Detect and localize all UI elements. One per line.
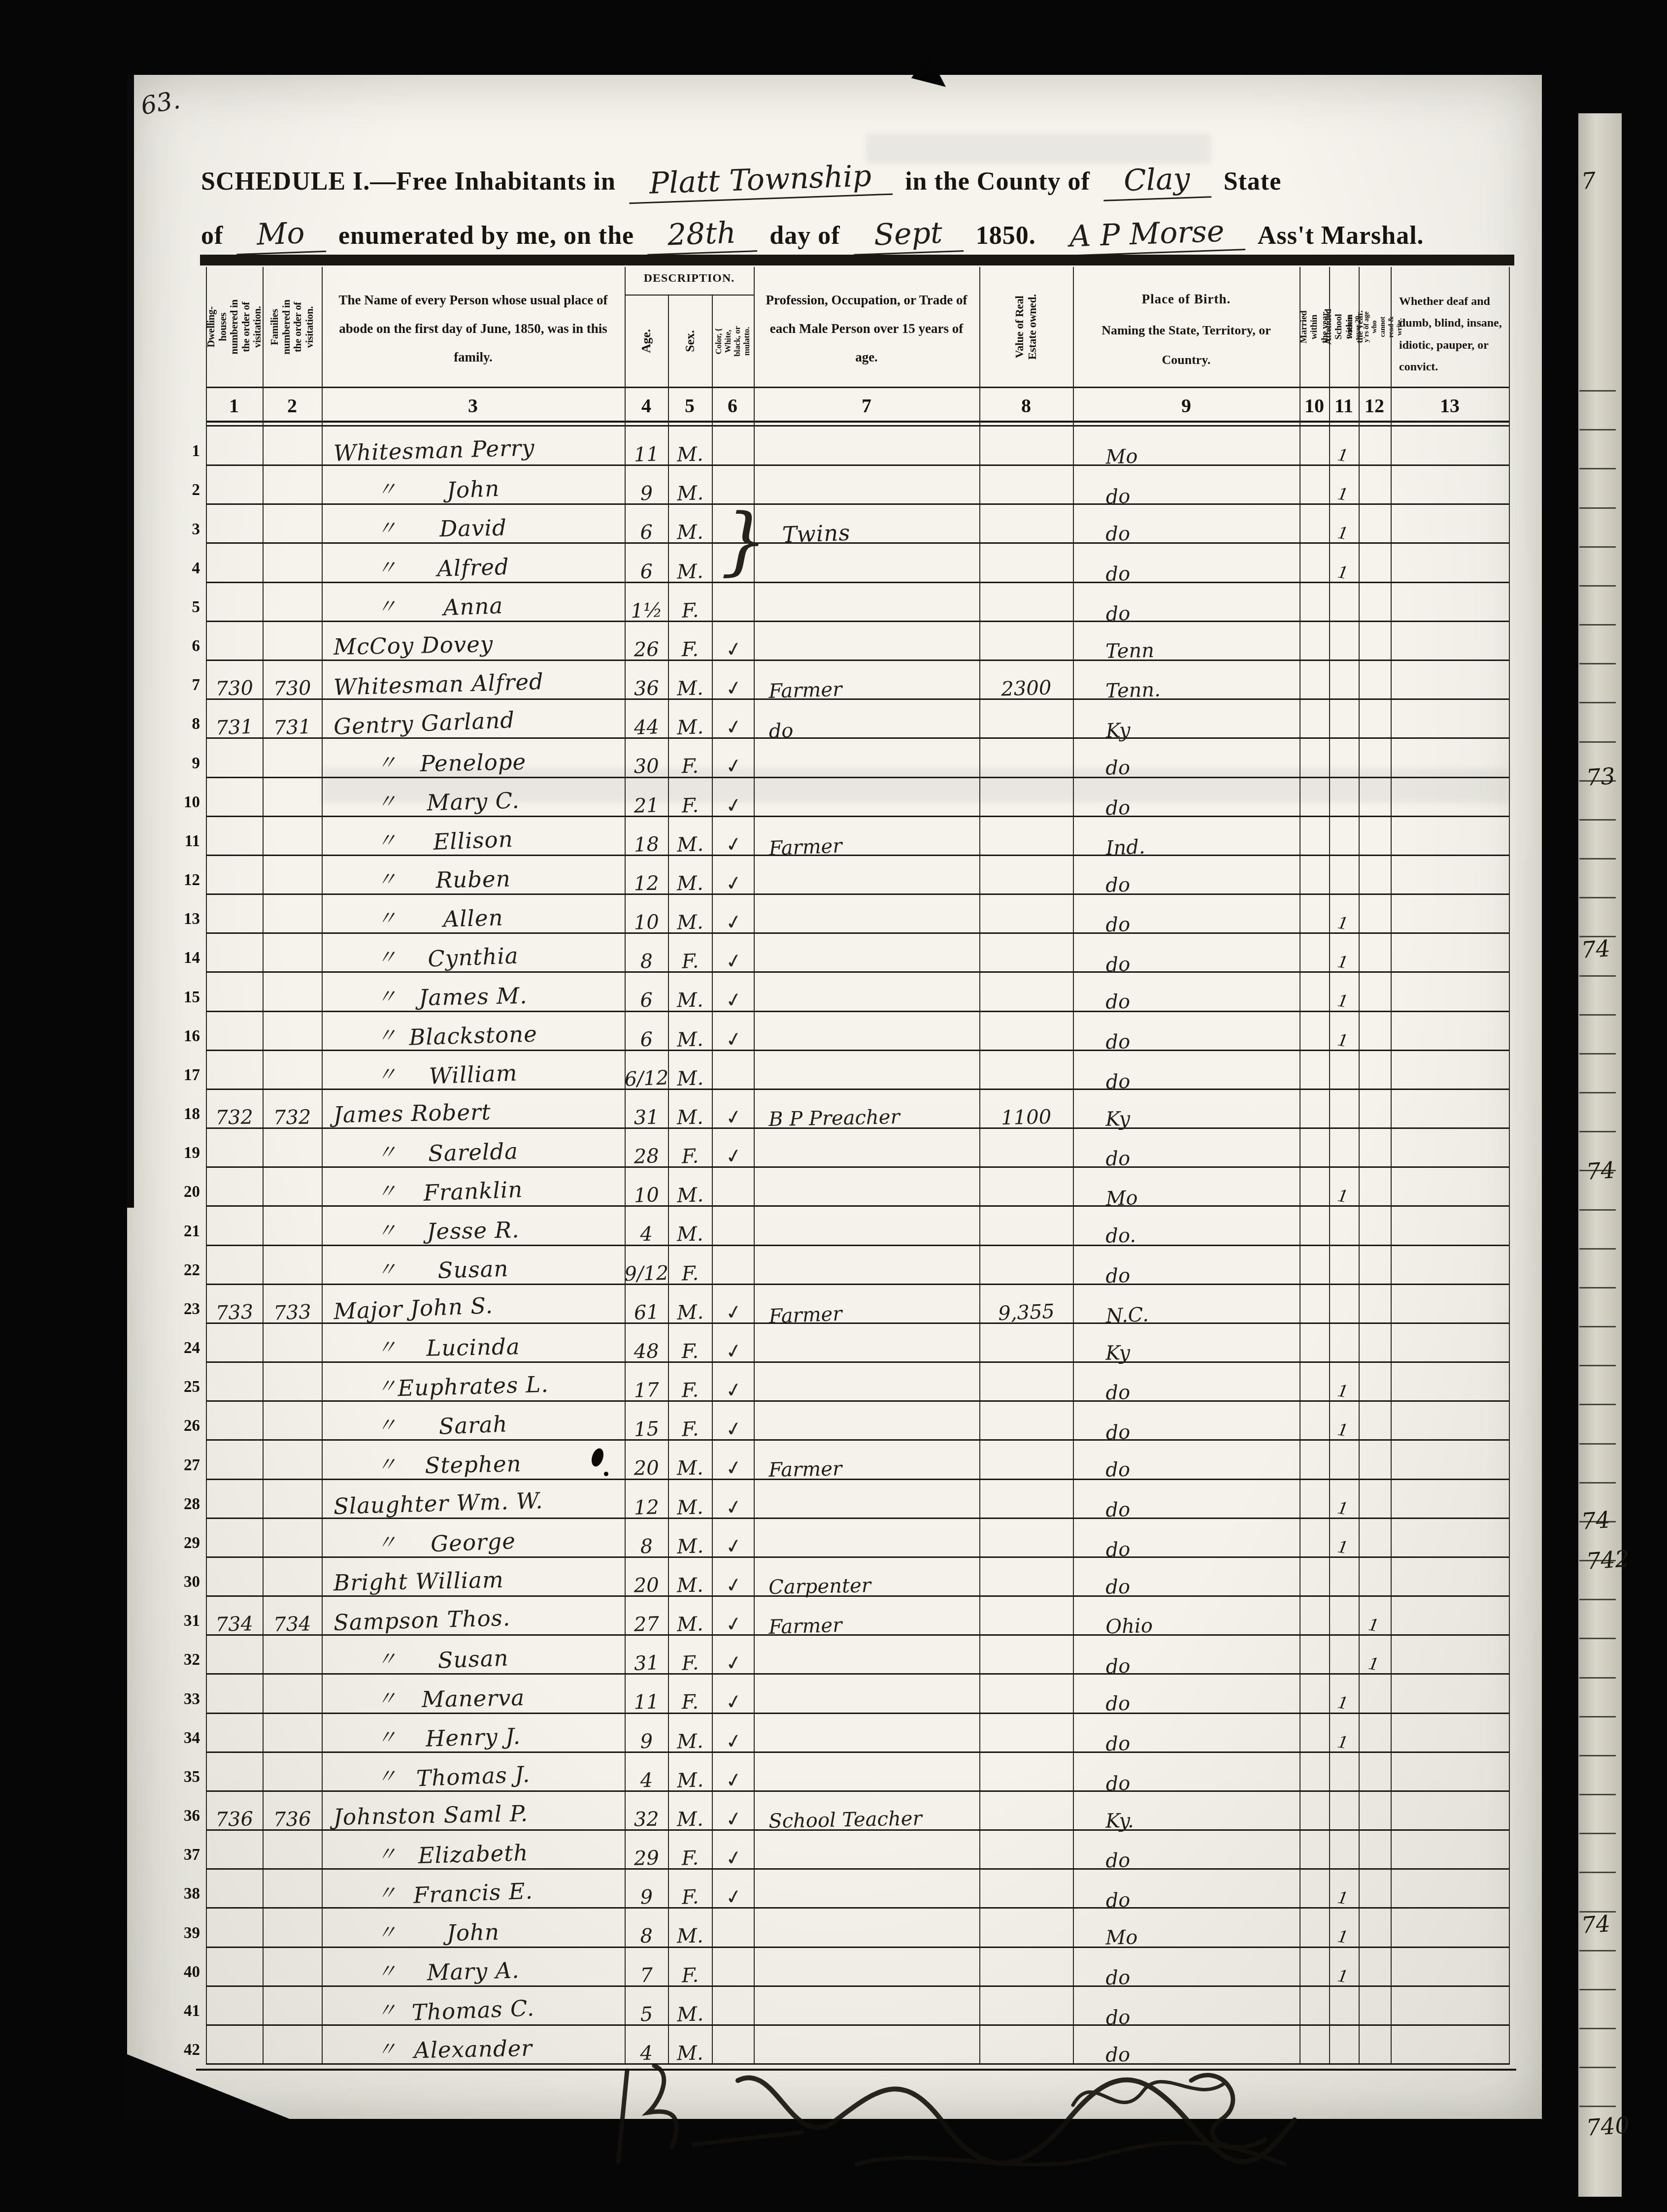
row-number: 28 bbox=[170, 1495, 200, 1514]
gutter-cut-digit: 74 bbox=[1585, 1156, 1616, 1185]
month-entry: Sept bbox=[852, 215, 964, 256]
person-name: Major John S. bbox=[333, 1292, 493, 1324]
cell-occupation: School Teacher bbox=[753, 1789, 995, 1836]
gutter-line bbox=[1579, 429, 1616, 430]
person-name: Euphrates L. bbox=[321, 1369, 625, 1404]
person-name: Sampson Thos. bbox=[333, 1605, 510, 1636]
cell-sex: M. bbox=[667, 894, 712, 937]
colnum-8: 8 bbox=[1006, 394, 1046, 423]
row-number: 25 bbox=[170, 1378, 200, 1396]
row-number: 42 bbox=[170, 2041, 200, 2059]
gutter-line bbox=[1579, 1950, 1616, 1951]
gutter-line bbox=[1579, 897, 1616, 898]
cell-name: 〃John bbox=[322, 466, 625, 505]
cell-name: 〃Blackstone bbox=[322, 1012, 625, 1051]
cell-age: 10 bbox=[624, 1167, 668, 1210]
cell-name: 〃John bbox=[322, 1909, 625, 1948]
row-number: 31 bbox=[170, 1612, 200, 1630]
cell-sex: M. bbox=[667, 1791, 712, 1834]
cell-family-number: 731 bbox=[262, 699, 322, 742]
colnum-6: 6 bbox=[713, 394, 752, 423]
cell-name: 〃Cynthia bbox=[322, 934, 625, 973]
cell-name: Whitesman Alfred bbox=[322, 661, 625, 700]
cell-sex: M. bbox=[667, 699, 712, 743]
person-name: Thomas C. bbox=[321, 1991, 625, 2029]
cell-name: 〃Susan bbox=[322, 1246, 625, 1285]
cell-sex: M. bbox=[667, 1909, 712, 1951]
person-name: Allen bbox=[321, 901, 625, 936]
person-name: Alexander bbox=[322, 2033, 625, 2065]
gutter-line bbox=[1579, 2028, 1616, 2029]
person-name: Sarah bbox=[321, 1407, 625, 1445]
col2-header: Families numbered in the order of visita… bbox=[263, 268, 322, 386]
cell-sex: F. bbox=[667, 1128, 712, 1171]
row-number: 23 bbox=[170, 1300, 200, 1319]
cell-sex: F. bbox=[667, 1362, 712, 1405]
cell-sex: F. bbox=[667, 1947, 712, 1990]
person-name: Henry J. bbox=[321, 1720, 625, 1754]
row-number: 12 bbox=[170, 871, 200, 890]
cell-name: 〃Allen bbox=[322, 895, 625, 934]
cell-name: 〃Thomas J. bbox=[322, 1753, 625, 1792]
cell-age: 9 bbox=[624, 465, 668, 508]
col9-header-title: Place of Birth. bbox=[1083, 292, 1290, 307]
colnum-13: 13 bbox=[1430, 394, 1469, 423]
col5-header-label: Sex. bbox=[683, 319, 697, 363]
cell-sex: M. bbox=[667, 504, 712, 547]
person-name: McCoy Dovey bbox=[333, 631, 494, 660]
page-number-note: 63. bbox=[139, 86, 182, 121]
cell-dwelling-number: 731 bbox=[205, 699, 263, 742]
gutter-cut-digit: 7 bbox=[1580, 167, 1597, 195]
row-number: 8 bbox=[170, 715, 200, 733]
gutter-line bbox=[1579, 390, 1616, 392]
gutter-line bbox=[1579, 1365, 1616, 1366]
gutter-cut-digit: 74 bbox=[1580, 1910, 1611, 1939]
cell-sex: F. bbox=[667, 1675, 712, 1717]
colnum-1: 1 bbox=[214, 394, 254, 423]
cell-name: 〃Susan bbox=[322, 1636, 625, 1675]
marshal-signature: A P Morse bbox=[1048, 213, 1245, 257]
schedule-title-line1: SCHEDULE I.—Free Inhabitants in Platt To… bbox=[201, 163, 1281, 199]
gutter-line bbox=[1579, 702, 1616, 703]
cell-name: James Robert bbox=[322, 1090, 625, 1129]
row-number: 15 bbox=[170, 989, 200, 1007]
row-number: 2 bbox=[170, 481, 200, 499]
row-number: 32 bbox=[170, 1651, 200, 1669]
row-number: 37 bbox=[170, 1846, 200, 1864]
cell-dwelling-number: 733 bbox=[205, 1284, 263, 1327]
cell-sex: M. bbox=[667, 1479, 712, 1522]
cell-age: 12 bbox=[624, 856, 668, 898]
number-row-rule-a bbox=[206, 421, 1509, 423]
row-number: 41 bbox=[170, 2002, 200, 2020]
state-entry: Mo bbox=[235, 215, 326, 255]
row-number: 6 bbox=[170, 637, 200, 656]
gutter-cut-digit: 740 bbox=[1585, 2112, 1630, 2141]
gutter-line bbox=[1579, 1326, 1616, 1327]
census-page-sheet: 63. SCHEDULE I.—Free Inhabitants in Plat… bbox=[127, 75, 1542, 2119]
cell-family-number: 736 bbox=[262, 1791, 322, 1833]
county-entry: Clay bbox=[1102, 161, 1211, 201]
person-name: Bright William bbox=[333, 1567, 504, 1596]
row-number: 20 bbox=[170, 1183, 200, 1201]
row-number: 40 bbox=[170, 1963, 200, 1981]
person-name: John bbox=[321, 471, 625, 509]
row-number: 1 bbox=[170, 442, 200, 461]
cell-name: 〃Euphrates L. bbox=[322, 1363, 625, 1402]
col2-header-label: Families numbered in the order of visita… bbox=[269, 297, 315, 357]
cell-name: 〃Henry J. bbox=[322, 1714, 625, 1753]
cell-occupation: Farmer bbox=[753, 1439, 995, 1485]
row-number: 16 bbox=[170, 1027, 200, 1046]
cell-name: 〃Franklin bbox=[322, 1168, 625, 1207]
header-number-separator bbox=[206, 387, 1509, 388]
cell-age: 17 bbox=[624, 1362, 668, 1405]
scan-smudge-row8 bbox=[322, 768, 1509, 803]
cell-age: 6 bbox=[624, 543, 668, 586]
description-span-label: DESCRIPTION. bbox=[625, 272, 754, 285]
cell-name: 〃Alfred bbox=[322, 544, 625, 583]
person-name: David bbox=[322, 513, 625, 545]
cell-age: 6/12 bbox=[624, 1050, 668, 1093]
title-prefix: SCHEDULE I.—Free Inhabitants in bbox=[201, 167, 616, 196]
cell-age: 61 bbox=[624, 1284, 668, 1327]
col8-header: Value of Real Estate owned. bbox=[979, 268, 1073, 386]
cell-occupation: B P Preacher bbox=[753, 1088, 995, 1134]
state-word: State bbox=[1224, 167, 1282, 196]
row-number: 29 bbox=[170, 1534, 200, 1552]
cell-name: 〃William bbox=[322, 1051, 625, 1090]
person-name: James M. bbox=[322, 981, 625, 1013]
person-name: Slaughter Wm. W. bbox=[333, 1487, 543, 1519]
col1-header-label: Dwelling-houses numbered in the order of… bbox=[205, 298, 264, 355]
col5-header: Sex. bbox=[668, 297, 712, 386]
cell-sex: M. bbox=[667, 856, 712, 898]
col8-header-label: Value of Real Estate owned. bbox=[1013, 280, 1039, 374]
cell-name: 〃Thomas C. bbox=[322, 1987, 625, 2026]
row-number: 26 bbox=[170, 1417, 200, 1435]
cell-sex: M. bbox=[667, 1596, 712, 1639]
colnum-4: 4 bbox=[627, 394, 666, 423]
gutter-line bbox=[1579, 1209, 1616, 1211]
cell-dwelling-number: 730 bbox=[205, 660, 263, 702]
row-number: 36 bbox=[170, 1807, 200, 1825]
gutter-line bbox=[1579, 1287, 1616, 1288]
person-name: Whitesman Perry bbox=[333, 434, 535, 466]
county-label: in the County of bbox=[905, 167, 1090, 196]
row-number: 11 bbox=[170, 832, 200, 851]
cell-name: McCoy Dovey bbox=[322, 622, 625, 661]
cell-name: 〃Alexander bbox=[322, 2026, 625, 2065]
person-name: Whitesman Alfred bbox=[333, 668, 544, 700]
cell-age: 36 bbox=[624, 660, 668, 703]
row-number: 17 bbox=[170, 1066, 200, 1085]
colnum-5: 5 bbox=[670, 394, 709, 423]
marshal-label: Ass't Marshal. bbox=[1258, 221, 1424, 250]
row-number: 5 bbox=[170, 598, 200, 617]
cell-sex: M. bbox=[667, 1441, 712, 1483]
gutter-line bbox=[1579, 819, 1616, 821]
cell-age: 4 bbox=[624, 1752, 668, 1795]
person-name: Anna bbox=[321, 588, 625, 626]
cell-sex: F. bbox=[667, 1635, 712, 1679]
gutter-line bbox=[1579, 1131, 1616, 1132]
person-name: Stephen bbox=[322, 1449, 625, 1481]
of-label: of bbox=[201, 221, 223, 250]
gutter-line bbox=[1579, 585, 1616, 587]
col6-header: Color, { White, black, or mulatto. bbox=[712, 297, 754, 386]
gutter-line bbox=[1579, 1716, 1616, 1717]
row-number: 21 bbox=[170, 1222, 200, 1241]
gutter-line bbox=[1579, 2106, 1616, 2107]
cell-sex: M. bbox=[667, 1713, 712, 1756]
cell-name: 〃David bbox=[322, 505, 625, 544]
cell-sex: M. bbox=[667, 1557, 712, 1600]
gutter-line bbox=[1579, 546, 1616, 548]
scanned-census-page: { "page_corner_note": "63.", "title": { … bbox=[0, 0, 1667, 2212]
person-name: William bbox=[321, 1056, 625, 1093]
cell-age: 4 bbox=[624, 1207, 668, 1249]
day-entry: 28th bbox=[646, 215, 758, 256]
row-number: 10 bbox=[170, 793, 200, 812]
cell-age: 18 bbox=[624, 816, 668, 859]
row-number: 35 bbox=[170, 1768, 200, 1786]
page-edge-left bbox=[127, 75, 134, 1208]
cell-sex: M. bbox=[667, 1986, 712, 2029]
col1-header: Dwelling-houses numbered in the order of… bbox=[206, 268, 263, 386]
cell-sex: F. bbox=[667, 1323, 712, 1366]
cell-name: Sampson Thos. bbox=[322, 1597, 625, 1636]
col13-header: Whether deaf and dumb, blind, insane, id… bbox=[1399, 291, 1505, 378]
person-name: Gentry Garland bbox=[333, 707, 515, 740]
twins-brace: } bbox=[721, 504, 767, 578]
cell-age: 31 bbox=[624, 1635, 668, 1678]
cell-occupation: Farmer bbox=[753, 1593, 995, 1642]
row-number: 27 bbox=[170, 1456, 200, 1475]
row-number: 9 bbox=[170, 755, 200, 773]
cell-name: 〃Stephen bbox=[322, 1441, 625, 1480]
cell-family-number: 733 bbox=[262, 1284, 322, 1327]
cell-dwelling-number: 732 bbox=[205, 1089, 263, 1131]
row-number: 38 bbox=[170, 1885, 200, 1903]
col9-header-sub: Naming the State, Territory, or Country. bbox=[1083, 316, 1290, 375]
gutter-line bbox=[1579, 1599, 1616, 1600]
cell-age: 32 bbox=[624, 1791, 668, 1834]
gutter-line bbox=[1579, 2067, 1616, 2068]
cell-sex: M. bbox=[667, 1011, 712, 1054]
cell-sex: M. bbox=[667, 816, 712, 859]
table-top-bar bbox=[200, 255, 1514, 265]
cell-age: 11 bbox=[624, 427, 668, 469]
person-name: Sarelda bbox=[321, 1135, 625, 1170]
cell-name: Slaughter Wm. W. bbox=[322, 1480, 625, 1519]
row-number: 30 bbox=[170, 1573, 200, 1591]
cell-name: 〃Jesse R. bbox=[322, 1207, 625, 1246]
cell-sex: M. bbox=[667, 543, 712, 586]
cell-sex: F. bbox=[667, 1245, 712, 1288]
person-name: Elizabeth bbox=[321, 1837, 625, 1872]
cell-sex: M. bbox=[667, 1518, 712, 1561]
cell-name: 〃Sarah bbox=[322, 1402, 625, 1441]
adjacent-page-strip: 77374747474274740 bbox=[1578, 113, 1622, 2197]
col12-header-label: Persons over 20 y'rs of age who cannot r… bbox=[1346, 311, 1404, 343]
cell-age: 29 bbox=[624, 1830, 668, 1873]
person-name: Susan bbox=[321, 1252, 625, 1287]
cell-age: 9/12 bbox=[624, 1245, 668, 1288]
cell-dwelling-number: 736 bbox=[205, 1791, 263, 1833]
cell-age: 12 bbox=[624, 1479, 668, 1522]
cell-name: 〃George bbox=[322, 1519, 625, 1558]
grid-vline-13 bbox=[1509, 267, 1510, 2065]
cell-age: 11 bbox=[624, 1675, 668, 1717]
cell-name: Gentry Garland bbox=[322, 700, 625, 739]
person-name: Mary A. bbox=[321, 1954, 625, 1988]
cell-sex: M. bbox=[667, 1207, 712, 1249]
cell-dwelling-number: 734 bbox=[205, 1596, 263, 1639]
gutter-line bbox=[1579, 975, 1616, 977]
row-number: 39 bbox=[170, 1924, 200, 1943]
person-name: Manerva bbox=[322, 1683, 625, 1715]
person-name: Thomas J. bbox=[321, 1757, 625, 1795]
row-number: 22 bbox=[170, 1261, 200, 1280]
gutter-line bbox=[1579, 1092, 1616, 1093]
col6-header-label: Color, { White, black, or mulatto. bbox=[714, 321, 751, 363]
gutter-line bbox=[1579, 1053, 1616, 1055]
row-number: 24 bbox=[170, 1339, 200, 1357]
cell-real-estate-value: 9,355 bbox=[978, 1283, 1073, 1328]
cell-age: 20 bbox=[624, 1557, 668, 1600]
cell-sex: M. bbox=[667, 660, 712, 703]
gutter-cut-digit: 74 bbox=[1580, 1506, 1611, 1535]
enumerated-label: enumerated by me, on the bbox=[338, 221, 634, 250]
cell-age: 28 bbox=[624, 1128, 668, 1171]
cell-sex: F. bbox=[667, 1869, 712, 1913]
gutter-line bbox=[1579, 1872, 1616, 1873]
gutter-line bbox=[1579, 507, 1616, 509]
gutter-line bbox=[1579, 1404, 1616, 1405]
gutter-line bbox=[1579, 1482, 1616, 1484]
person-name: Alfred bbox=[321, 550, 625, 585]
cell-sex: M. bbox=[667, 1284, 712, 1327]
row-number: 7 bbox=[170, 676, 200, 694]
cell-name: 〃Lucinda bbox=[322, 1324, 625, 1363]
cell-age: 20 bbox=[624, 1441, 668, 1483]
cell-sex: M. bbox=[667, 973, 712, 1015]
cell-name: 〃James M. bbox=[322, 973, 625, 1012]
cell-age: 1½ bbox=[624, 582, 668, 625]
row-number: 4 bbox=[170, 560, 200, 578]
cell-age: 31 bbox=[624, 1089, 668, 1132]
bottom-scribble bbox=[580, 2051, 1309, 2199]
cell-name: Major John S. bbox=[322, 1285, 625, 1324]
gutter-line bbox=[1579, 1833, 1616, 1834]
cell-real-estate-value: 1100 bbox=[979, 1089, 1073, 1132]
cell-name: 〃Ellison bbox=[322, 817, 625, 856]
colnum-7: 7 bbox=[847, 394, 886, 423]
person-name: Cynthia bbox=[321, 939, 625, 977]
cell-sex: F. bbox=[667, 582, 712, 626]
gutter-line bbox=[1579, 1989, 1616, 1990]
gutter-cut-digit: 74 bbox=[1580, 935, 1611, 963]
cell-age: 8 bbox=[624, 1518, 668, 1561]
row-number: 19 bbox=[170, 1144, 200, 1162]
gutter-line bbox=[1579, 1443, 1616, 1445]
cell-age: 48 bbox=[624, 1323, 668, 1366]
cell-sex: M. bbox=[667, 1167, 712, 1211]
cell-age: 15 bbox=[624, 1401, 668, 1444]
year-label: 1850. bbox=[976, 221, 1036, 250]
person-name: Jesse R. bbox=[322, 1215, 625, 1247]
cell-age: 8 bbox=[624, 933, 668, 976]
person-name: Franklin bbox=[321, 1173, 625, 1211]
township-entry: Platt Township bbox=[628, 158, 893, 204]
cell-age: 27 bbox=[624, 1596, 668, 1639]
row-number: 18 bbox=[170, 1105, 200, 1123]
description-underline bbox=[625, 295, 754, 296]
col12-header: Persons over 20 y'rs of age who cannot r… bbox=[1359, 268, 1391, 386]
gutter-line bbox=[1579, 1014, 1616, 1016]
cell-age: 5 bbox=[624, 1986, 668, 2029]
cell-name: 〃Francis E. bbox=[322, 1870, 625, 1909]
cell-sex: M. bbox=[667, 1050, 712, 1093]
gutter-line bbox=[1579, 468, 1616, 469]
person-name: Blackstone bbox=[321, 1018, 625, 1053]
cell-sex: M. bbox=[667, 465, 712, 508]
cell-sex: F. bbox=[667, 933, 712, 977]
cell-name: 〃Elizabeth bbox=[322, 1831, 625, 1870]
row-number: 13 bbox=[170, 910, 200, 928]
day-of-label: day of bbox=[769, 221, 840, 250]
person-name: Francis E. bbox=[321, 1875, 625, 1913]
gutter-line bbox=[1579, 1677, 1616, 1679]
person-name: Ellison bbox=[321, 822, 625, 859]
row-number: 3 bbox=[170, 521, 200, 539]
gutter-line bbox=[1579, 624, 1616, 626]
gutter-line bbox=[1579, 1248, 1616, 1250]
cell-age: 9 bbox=[624, 1869, 668, 1912]
person-name: James Robert bbox=[333, 1099, 492, 1128]
scan-smudge-top bbox=[866, 134, 1211, 164]
person-name: Susan bbox=[321, 1641, 625, 1679]
ink-dot bbox=[604, 1472, 608, 1476]
gutter-line bbox=[1579, 741, 1616, 743]
cell-age: 8 bbox=[624, 1909, 668, 1951]
cell-sex: M. bbox=[667, 427, 712, 469]
gutter-line bbox=[1579, 1755, 1616, 1756]
cell-age: 10 bbox=[624, 894, 668, 937]
cell-name: 〃Mary A. bbox=[322, 1948, 625, 1987]
cell-name: Whitesman Perry bbox=[322, 427, 625, 466]
gutter-cut-digit: 73 bbox=[1585, 762, 1616, 791]
row-number: 14 bbox=[170, 949, 200, 967]
col4-header-label: Age. bbox=[639, 320, 653, 363]
cell-age: 44 bbox=[624, 699, 668, 742]
cell-name: 〃Anna bbox=[322, 583, 625, 622]
cell-family-number: 730 bbox=[262, 660, 322, 702]
cell-name: Bright William bbox=[322, 1558, 625, 1597]
cell-sex: F. bbox=[667, 1401, 712, 1445]
gutter-line bbox=[1579, 1794, 1616, 1795]
person-name: George bbox=[321, 1523, 625, 1561]
cell-name: 〃Sarelda bbox=[322, 1129, 625, 1168]
cell-age: 6 bbox=[624, 1011, 668, 1054]
gutter-line bbox=[1579, 663, 1616, 664]
col4-header: Age. bbox=[625, 297, 668, 386]
cell-family-number: 734 bbox=[262, 1596, 322, 1638]
cell-family-number: 732 bbox=[262, 1089, 322, 1131]
cell-name: 〃Ruben bbox=[322, 856, 625, 895]
